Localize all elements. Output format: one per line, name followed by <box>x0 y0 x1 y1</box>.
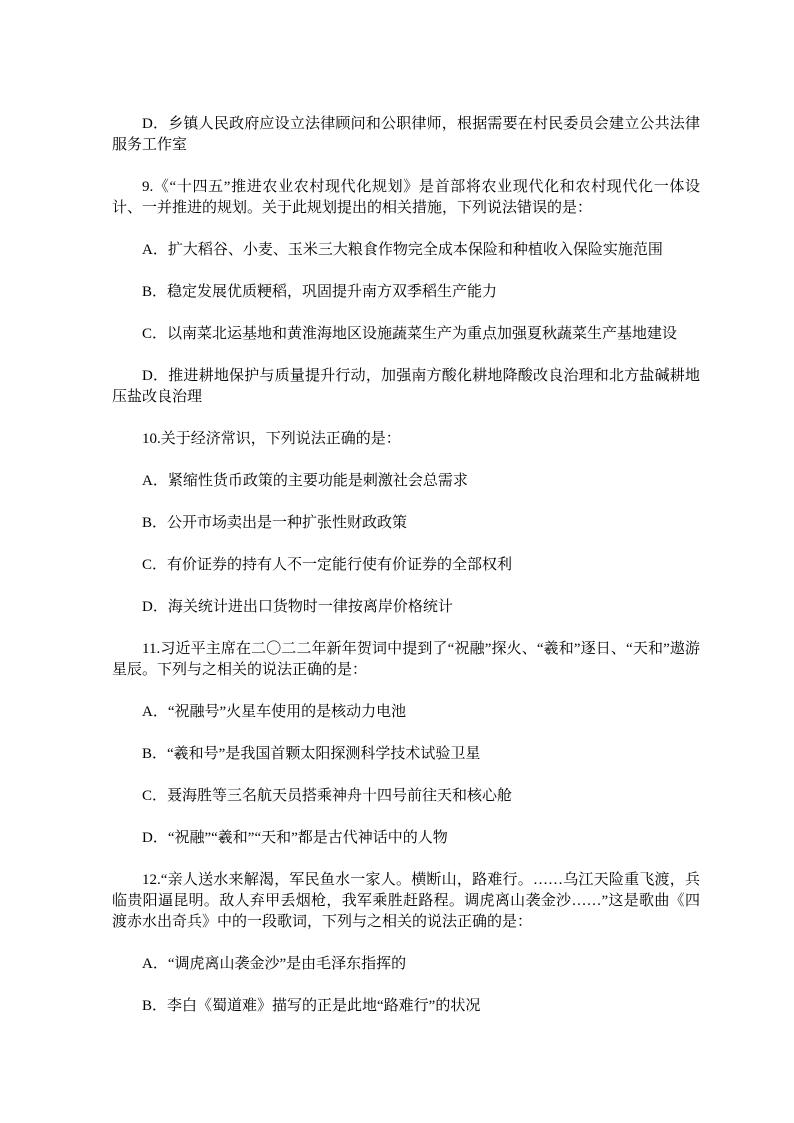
question-12-option-b: B．李白《蜀道难》描写的正是此地“路难行”的状况 <box>112 996 700 1017</box>
question-10-option-c: C．有价证券的持有人不一定能行使有价证券的全部权利 <box>112 555 700 576</box>
question-10-option-a: A．紧缩性货币政策的主要功能是刺激社会总需求 <box>112 471 700 492</box>
question-9-option-a: A．扩大稻谷、小麦、玉米三大粮食作物完全成本保险和种植收入保险实施范围 <box>112 240 700 261</box>
question-11-stem: 11.习近平主席在二〇二二年新年贺词中提到了“祝融”探火、“羲和”逐日、“天和”… <box>112 639 700 681</box>
question-12-option-a: A．“调虎离山袭金沙”是由毛泽东指挥的 <box>112 954 700 975</box>
question-9-option-c: C．以南菜北运基地和黄淮海地区设施蔬菜生产为重点加强夏秋蔬菜生产基地建设 <box>112 324 700 345</box>
question-9-option-b: B．稳定发展优质粳稻，巩固提升南方双季稻生产能力 <box>112 282 700 303</box>
document-page: D．乡镇人民政府应设立法律顾问和公职律师，根据需要在村民委员会建立公共法律服务工… <box>0 0 794 1123</box>
question-10-stem: 10.关于经济常识，下列说法正确的是： <box>112 429 700 450</box>
question-9-option-d: D．推进耕地保护与质量提升行动，加强南方酸化耕地降酸改良治理和北方盐碱耕地压盐改… <box>112 366 700 408</box>
question-10-option-b: B．公开市场卖出是一种扩张性财政政策 <box>112 513 700 534</box>
question-10-option-d: D．海关统计进出口货物时一律按离岸价格统计 <box>112 597 700 618</box>
question-11-option-d: D．“祝融”“羲和”“天和”都是古代神话中的人物 <box>112 828 700 849</box>
question-11-option-b: B．“羲和号”是我国首颗太阳探测科学技术试验卫星 <box>112 744 700 765</box>
question-11-option-c: C．聂海胜等三名航天员搭乘神舟十四号前往天和核心舱 <box>112 786 700 807</box>
question-9-stem: 9.《“十四五”推进农业农村现代化规划》是首部将农业现代化和农村现代化一体设计、… <box>112 177 700 219</box>
question-11-option-a: A．“祝融号”火星车使用的是核动力电池 <box>112 702 700 723</box>
question-8-option-d-continuation: D．乡镇人民政府应设立法律顾问和公职律师，根据需要在村民委员会建立公共法律服务工… <box>112 114 700 156</box>
question-12-stem: 12.“亲人送水来解渴，军民鱼水一家人。横断山，路难行。……乌江天险重飞渡，兵临… <box>112 870 700 933</box>
